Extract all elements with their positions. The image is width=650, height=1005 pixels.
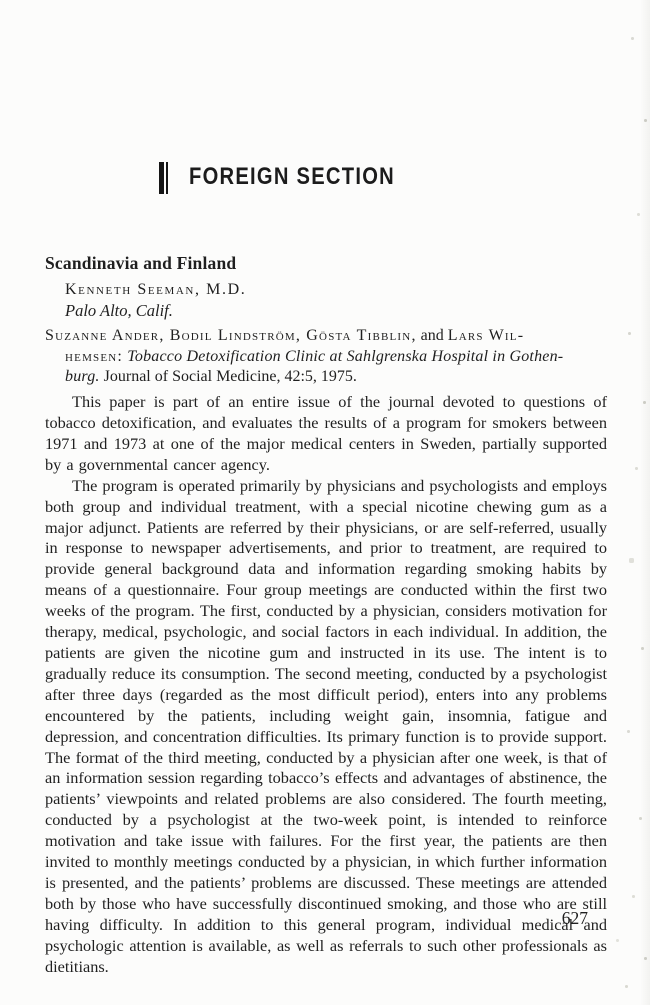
citation-work-title-cont: burg. [65, 368, 100, 385]
citation-line-2: hemsen: Tobacco Detoxification Clinic at… [45, 347, 607, 368]
citation-line-1: Suzanne Ander, Bodil Lindström, Gösta Ti… [45, 326, 607, 347]
page-number: 627 [562, 908, 588, 929]
citation-conjunction: and [417, 327, 448, 344]
section-header: FOREIGN SECTION [159, 160, 434, 194]
scan-noise [0, 0, 1, 1]
citation: Suzanne Ander, Bodil Lindström, Gösta Ti… [45, 326, 607, 388]
journal-page: FOREIGN SECTION Scandinavia and Finland … [0, 0, 650, 1005]
section-title: FOREIGN SECTION [189, 163, 395, 191]
citation-authors-cont: Lars Wil- [448, 327, 525, 344]
article-body: Scandinavia and Finland Kenneth Seeman, … [45, 253, 607, 977]
citation-journal-ref: Journal of Social Medicine, 42:5, 1975. [100, 368, 357, 385]
editor-location: Palo Alto, Calif. [45, 300, 607, 321]
citation-line-3: burg. Journal of Social Medicine, 42:5, … [45, 367, 607, 388]
body-paragraph-1: This paper is part of an entire issue of… [45, 392, 607, 476]
citation-work-title: Tobacco Detoxification Clinic at Sahlgre… [123, 348, 563, 365]
citation-author-cont: hemsen: [65, 348, 123, 365]
body-paragraph-2: The program is operated primarily by phy… [45, 476, 607, 978]
article-title: Scandinavia and Finland [45, 253, 607, 274]
editor-name: Kenneth Seeman, M.D. [45, 279, 607, 300]
citation-authors: Suzanne Ander, Bodil Lindström, Gösta Ti… [45, 327, 417, 344]
double-bar-icon [159, 162, 168, 194]
